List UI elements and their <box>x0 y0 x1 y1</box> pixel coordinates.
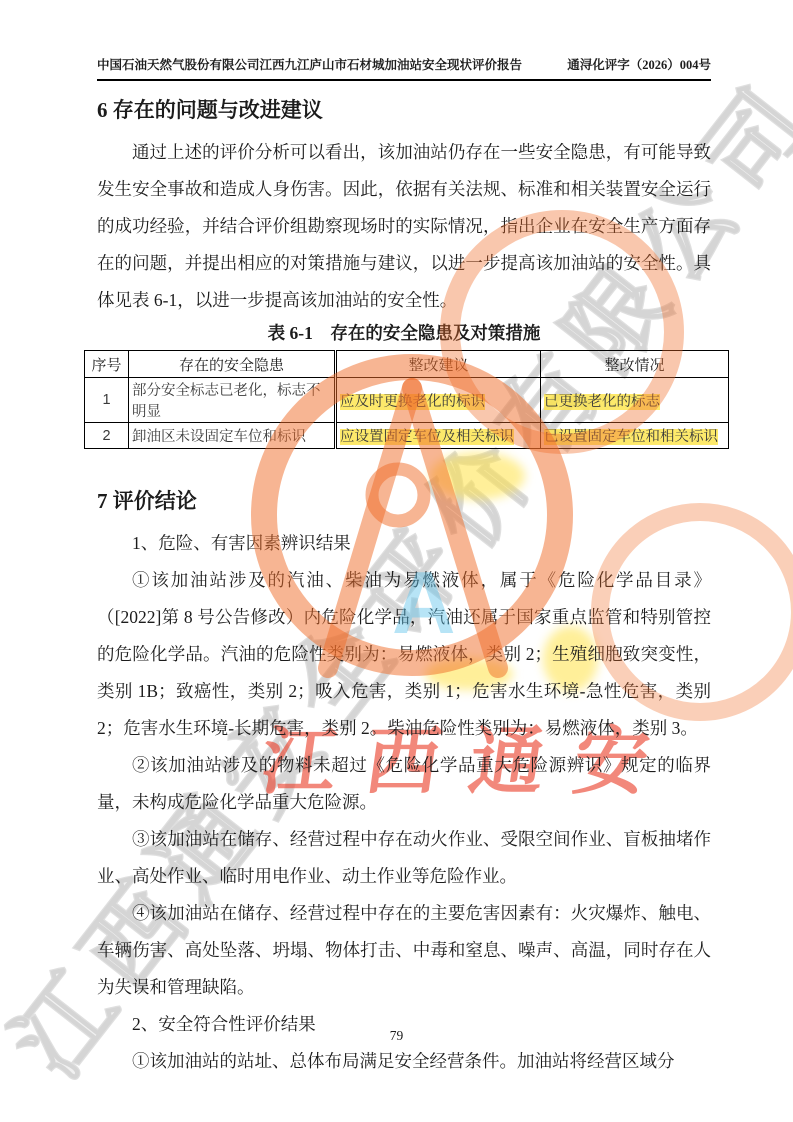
section-6-paragraph: 通过上述的评价分析可以看出，该加油站仍存在一些安全隐患，有可能导致发生安全事故和… <box>97 134 711 319</box>
table-row: 2 卸油区未设固定车位和标识 应设置固定车位及相关标识 已设置固定车位和相关标识 <box>85 423 729 449</box>
table-header-row: 序号 存在的安全隐患 整改建议 整改情况 <box>85 351 729 378</box>
section-7-paragraph-7: ①该加油站的站址、总体布局满足安全经营条件。加油站将经营区域分 <box>97 1043 711 1080</box>
hazard-table: 序号 存在的安全隐患 整改建议 整改情况 1 部分安全标志已老化，标志不明显 应… <box>84 350 729 449</box>
cell-no: 2 <box>85 423 129 449</box>
cell-suggestion: 应设置固定车位及相关标识 <box>336 423 541 449</box>
document-page: 江西通安全评价有限公司 江西通安 中国石油天然气股份有限公司江西九江庐山市石材城… <box>0 0 793 1122</box>
table-caption: 表 6-1 存在的安全隐患及对策措施 <box>97 321 711 345</box>
highlighted-text: 已更换老化的标志 <box>544 394 660 410</box>
col-header-hazard: 存在的安全隐患 <box>129 351 336 378</box>
col-header-no: 序号 <box>85 351 129 378</box>
table-row: 1 部分安全标志已老化，标志不明显 应及时更换老化的标识 已更换老化的标志 <box>85 378 729 423</box>
section-7-title: 7 评价结论 <box>97 487 711 515</box>
header-doc-number: 通浔化评字（2026）004号 <box>567 55 711 73</box>
highlighted-text: 已设置固定车位和相关标识 <box>544 429 718 445</box>
col-header-status: 整改情况 <box>541 351 729 378</box>
cell-status: 已设置固定车位和相关标识 <box>541 423 729 449</box>
page-number: 79 <box>0 1028 793 1044</box>
highlighted-text: 应及时更换老化的标识 <box>340 394 485 410</box>
running-header: 中国石油天然气股份有限公司江西九江庐山市石材城加油站安全现状评价报告 通浔化评字… <box>97 55 711 81</box>
cell-hazard: 部分安全标志已老化，标志不明显 <box>129 378 336 423</box>
section-7-paragraph-3: ②该加油站涉及的物料未超过《危险化学品重大危险源辨识》规定的临界量，未构成危险化… <box>97 747 711 821</box>
page-content: 中国石油天然气股份有限公司江西九江庐山市石材城加油站安全现状评价报告 通浔化评字… <box>97 55 711 1080</box>
section-6-title: 6 存在的问题与改进建议 <box>97 96 711 124</box>
section-7-paragraph-5: ④该加油站在储存、经营过程中存在的主要危害因素有：火灾爆炸、触电、车辆伤害、高处… <box>97 895 711 1006</box>
cell-no: 1 <box>85 378 129 423</box>
section-7-paragraph-2: ①该加油站涉及的汽油、柴油为易燃液体，属于《危险化学品目录》（[2022]第 8… <box>97 562 711 747</box>
col-header-suggestion: 整改建议 <box>336 351 541 378</box>
section-7-paragraph-1: 1、危险、有害因素辨识结果 <box>97 525 711 562</box>
cell-suggestion: 应及时更换老化的标识 <box>336 378 541 423</box>
section-7-paragraph-4: ③该加油站在储存、经营过程中存在动火作业、受限空间作业、盲板抽堵作业、高处作业、… <box>97 821 711 895</box>
cell-hazard: 卸油区未设固定车位和标识 <box>129 423 336 449</box>
highlighted-text: 应设置固定车位及相关标识 <box>340 429 514 445</box>
header-report-title: 中国石油天然气股份有限公司江西九江庐山市石材城加油站安全现状评价报告 <box>97 55 522 73</box>
cell-status: 已更换老化的标志 <box>541 378 729 423</box>
